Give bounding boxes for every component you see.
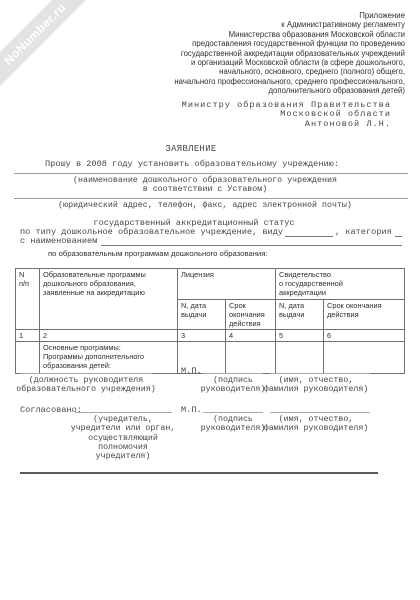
programs-table: N п/п Образовательные программы дошкольн…: [15, 268, 405, 374]
addressee-block: Министру образования Правительства Моско…: [182, 101, 391, 129]
fill-line-institution-name: [14, 173, 408, 174]
caption-name-2: (имя, отчество, фамилия руководителя): [256, 415, 376, 434]
cell-cert-n: [276, 342, 324, 374]
appendix-note: Приложение к Административному регламент…: [174, 11, 405, 96]
bottom-divider: [20, 472, 378, 474]
appendix-line: государственной аккредитации образовател…: [174, 49, 405, 58]
watermark-band: NoNumber.ru: [0, 0, 114, 113]
name-line: с наименованием: [20, 236, 402, 246]
col-header-license: Лицензия: [178, 269, 276, 300]
agreed-label: Согласовано:: [20, 405, 82, 415]
signature-line-name-1: [270, 373, 370, 374]
cell-num: [16, 342, 40, 374]
table-header-row: N п/п Образовательные программы дошкольн…: [16, 269, 405, 300]
column-number: 4: [226, 330, 276, 342]
intro-line: Прошу в 2008 году установить образовател…: [45, 159, 339, 169]
appendix-line: дополнительного образования детей): [174, 86, 405, 95]
cell-cert-term: [324, 342, 405, 374]
subheader-license-number: N, дата выдачи: [178, 300, 226, 330]
subheader-cert-number: N, дата выдачи: [276, 300, 324, 330]
appendix-line: и организаций Московской области (в сфер…: [174, 58, 405, 67]
table-row: Основные программы: Программы дополнител…: [16, 342, 405, 374]
appendix-line: начального, основного, среднего (полного…: [174, 67, 405, 76]
cell-programs: Основные программы: Программы дополнител…: [40, 342, 178, 374]
signature-line-name-2: [270, 412, 370, 413]
addressee-line: Антоновой Л.Н.: [182, 120, 391, 129]
table-column-numbers-row: 1 2 3 4 5 6: [16, 330, 405, 342]
col-header-certificate: Свидетельство о государственной аккредит…: [276, 269, 405, 300]
column-number: 3: [178, 330, 226, 342]
caption-position: (должность руководителя образовательного…: [10, 376, 162, 395]
programs-heading: по образовательным программам дошкольног…: [48, 249, 268, 258]
column-number: 2: [40, 330, 178, 342]
subheader-cert-term: Срок окончания действия: [324, 300, 405, 330]
watermark-text: NoNumber.ru: [1, 0, 69, 68]
document-title: ЗАЯВЛЕНИЕ: [0, 144, 382, 154]
cell-license-term: [226, 342, 276, 374]
appendix-line: к Административному регламенту: [174, 20, 405, 29]
application-document-page: NoNumber.ru Приложение к Административно…: [0, 0, 420, 600]
appendix-line: Приложение: [174, 11, 405, 20]
caption-name-1: (имя, отчество, фамилия руководителя): [256, 376, 376, 395]
col-header-programs: Образовательные программы дошкольного об…: [40, 269, 178, 330]
signature-line-position: [20, 373, 152, 374]
signature-line-sign-1: [203, 373, 263, 374]
appendix-line: Министерства образования Московской обла…: [174, 30, 405, 39]
column-number: 1: [16, 330, 40, 342]
column-number: 6: [324, 330, 405, 342]
stamp-abbr-2: М.П.: [181, 405, 202, 415]
fill-line-name: [101, 236, 402, 246]
signature-line-sign-2: [203, 412, 263, 413]
institution-name-caption: (наименование дошкольного образовательно…: [0, 176, 410, 195]
col-header-num: N п/п: [16, 269, 40, 330]
caption-founder: (учредитель, учредители или орган, осуще…: [53, 415, 193, 461]
stamp-abbr-1: М.П.: [181, 366, 202, 376]
subheader-license-term: Срок окончания действия: [226, 300, 276, 330]
column-number: 5: [276, 330, 324, 342]
appendix-line: начального профессионального, среднего п…: [174, 77, 405, 86]
address-caption: (юридический адрес, телефон, факс, адрес…: [0, 201, 410, 210]
fill-line-address: [14, 198, 408, 199]
name-line-label: с наименованием: [20, 236, 97, 246]
appendix-line: предоставления государственной функции п…: [174, 39, 405, 48]
signature-line-founder: [75, 412, 172, 413]
